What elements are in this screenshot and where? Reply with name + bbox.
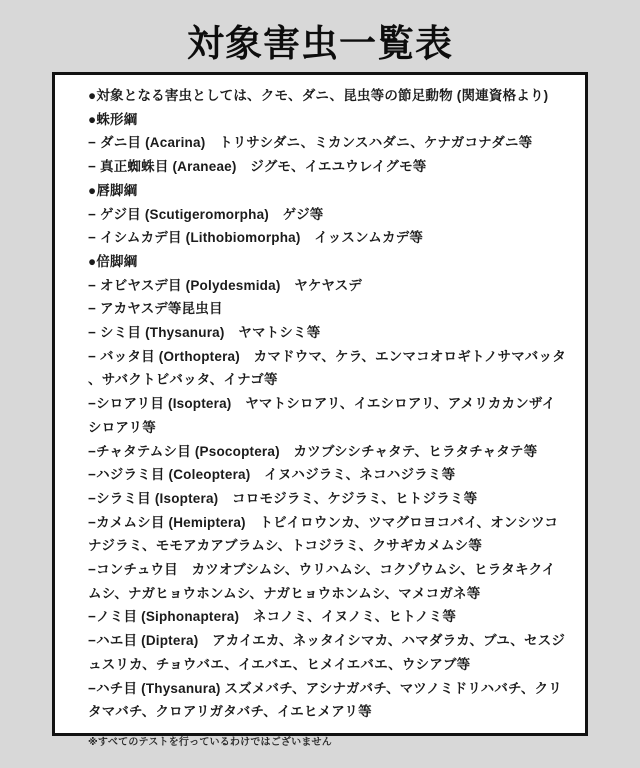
pest-list-line: − ゲジ目 (Scutigeromorpha) ゲジ等 <box>88 203 569 227</box>
pest-list-line: − オビヤスデ目 (Polydesmida) ヤケヤスデ <box>88 274 569 298</box>
pest-list-line: −シロアリ目 (Isoptera) ヤマトシロアリ、イエシロアリ、アメリカカンザ… <box>88 392 569 439</box>
pest-list-line: −シラミ目 (Isoptera) コロモジラミ、ケジラミ、ヒトジラミ等 <box>88 487 569 511</box>
pest-list-line: − アカヤスデ等昆虫目 <box>88 297 569 321</box>
pest-panel: ●対象となる害虫としては、クモ、ダニ、昆虫等の節足動物 (関連資格より) ●蛛形… <box>52 72 588 736</box>
pest-list-line: −カメムシ目 (Hemiptera) トビイロウンカ、ツマグロヨコバイ、オンシツ… <box>88 511 569 558</box>
footnote: ※すべてのテストを行っているわけではございません <box>88 724 569 748</box>
pest-list: ●対象となる害虫としては、クモ、ダニ、昆虫等の節足動物 (関連資格より) ●蛛形… <box>88 84 569 724</box>
pest-list-line: ●唇脚綱 <box>88 179 569 203</box>
pest-list-line: ●倍脚綱 <box>88 250 569 274</box>
pest-list-line: −ハジラミ目 (Coleoptera) イヌハジラミ、ネコハジラミ等 <box>88 463 569 487</box>
page-title: 対象害虫一覧表 <box>0 0 640 67</box>
pest-list-line: − シミ目 (Thysanura) ヤマトシミ等 <box>88 321 569 345</box>
pest-list-line: ●蛛形綱 <box>88 108 569 132</box>
pest-list-line: −チャタテムシ目 (Psocoptera) カツブシシチャタテ、ヒラタチャタテ等 <box>88 440 569 464</box>
pest-list-line: ●対象となる害虫としては、クモ、ダニ、昆虫等の節足動物 (関連資格より) <box>88 84 569 108</box>
pest-list-line: −ハエ目 (Diptera) アカイエカ、ネッタイシマカ、ハマダラカ、ブユ、セス… <box>88 629 569 676</box>
pest-list-line: − ダニ目 (Acarina) トリサシダニ、ミカンスハダニ、ケナガコナダニ等 <box>88 131 569 155</box>
pest-list-line: −ハチ目 (Thysanura) スズメバチ、アシナガバチ、マツノミドリハバチ、… <box>88 677 569 724</box>
pest-list-line: − 真正蜘蛛目 (Araneae) ジグモ、イエユウレイグモ等 <box>88 155 569 179</box>
pest-list-line: − バッタ目 (Orthoptera) カマドウマ、ケラ、エンマコオロギトノサマ… <box>88 345 569 392</box>
pest-list-line: − イシムカデ目 (Lithobiomorpha) イッスンムカデ等 <box>88 226 569 250</box>
pest-list-line: −コンチュウ目 カツオブシムシ、ウリハムシ、コクゾウムシ、ヒラタキクイムシ、ナガ… <box>88 558 569 605</box>
pest-list-line: −ノミ目 (Siphonaptera) ネコノミ、イヌノミ、ヒトノミ等 <box>88 605 569 629</box>
